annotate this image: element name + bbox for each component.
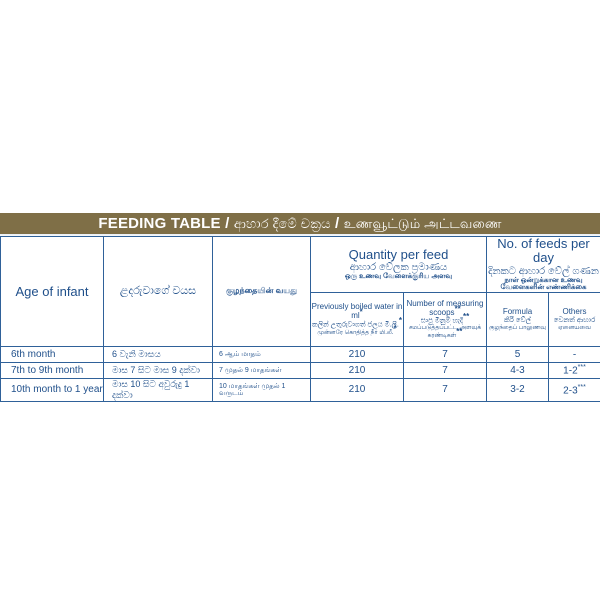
scoops-cell: 7 — [404, 378, 487, 401]
header-row: Age of infant ළදරුවාගේ වයස குழந்தையின் வ… — [1, 237, 600, 293]
scoops-mark: ** — [463, 312, 469, 321]
banner-separator: / — [335, 215, 339, 232]
water-en: Previously boiled water in ml — [312, 302, 403, 320]
others-cell: - — [549, 346, 600, 362]
water-mark: * — [360, 308, 363, 317]
feeds-si: දිනකට ආහාර වේල් ගණන — [487, 266, 600, 277]
age-si-cell: මාස 7 සිට මාස 9 දක්වා — [104, 362, 213, 378]
banner-title-en: FEEDING TABLE — [98, 215, 220, 232]
quantity-si: ආහාර වේලක ප්‍රමාණය — [311, 262, 486, 273]
age-si-cell: මාස 10 සිට අවුරුදු 1 දක්වා — [104, 378, 213, 401]
age-ta-cell: 10 மாதங்கள் முதல் 1 வருடம் — [213, 378, 311, 401]
others-en: Others — [549, 307, 600, 316]
scoops-mark: ** — [455, 304, 461, 313]
formula-ta: குழந்தைப் பாலுணவு — [487, 325, 548, 332]
quantity-en: Quantity per feed — [311, 248, 486, 262]
header-formula: Formula කිරි වේල් குழந்தைப் பாலுணவு — [487, 292, 549, 346]
table-row: 6th month 6 වැනි මාසය 6 ஆம் மாதம் 210 7 … — [1, 346, 600, 362]
banner-title-si: ආහාර දීමේ චක්‍රය — [234, 216, 331, 231]
others-value: - — [573, 350, 576, 361]
age-ta-cell: 7 முதல் 9 மாதங்கள் — [213, 362, 311, 378]
feeding-table: Age of infant ළදරුවාගේ වයස குழந்தையின் வ… — [0, 236, 600, 402]
formula-si: කිරි වේල් — [487, 317, 548, 325]
age-en-cell: 7th to 9th month — [1, 362, 104, 378]
others-si: වෙනත් ආහාර — [549, 317, 600, 325]
age-en-cell: 6th month — [1, 346, 104, 362]
formula-cell: 4-3 — [487, 362, 549, 378]
water-si: කලින් උතුරුවාගත් ජලය මි.ලී. — [312, 321, 399, 328]
water-ta: முன்னரே கொதித்த நீர் மி.லீ. — [317, 330, 393, 336]
header-feeds-per-day: No. of feeds per day දිනකට ආහාර වේල් ගණන… — [487, 237, 600, 293]
age-ta-cell: 6 ஆம் மாதம் — [213, 346, 311, 362]
others-cell: 2-3*** — [549, 378, 600, 401]
water-cell: 210 — [311, 346, 404, 362]
feeding-table-banner: FEEDING TABLE / ආහාර දීමේ චක්‍රය / உணவூட… — [0, 213, 600, 234]
others-value: 1-2 — [563, 366, 577, 377]
quantity-ta: ஒரு உணவு வேளைக்குரிய அளவு — [311, 273, 486, 281]
banner-title-ta: உணவூட்டும் அட்டவணை — [344, 216, 502, 231]
header-age-si: ළදරුවාගේ වයස — [104, 237, 213, 347]
header-scoops: Number of measuring scoops** සාපු මිනුම්… — [404, 292, 487, 346]
feeds-ta: நாள் ஒன்றுக்கான உணவு வேளைகளின் எண்ணிக்கை — [487, 277, 600, 292]
table-row: 7th to 9th month මාස 7 සිට මාස 9 දක්වා 7… — [1, 362, 600, 378]
formula-en: Formula — [487, 307, 548, 316]
header-quantity-per-feed: Quantity per feed ආහාර වේලක ප්‍රමාණය ஒரு… — [311, 237, 487, 293]
water-cell: 210 — [311, 378, 404, 401]
header-others: Others වෙනත් ආහාර ஏனையவை — [549, 292, 600, 346]
water-mark: * — [399, 316, 402, 325]
scoops-cell: 7 — [404, 346, 487, 362]
table-row: 10th month to 1 year මාස 10 සිට අවුරුදු … — [1, 378, 600, 401]
header-age-ta: குழந்தையின் வயது — [213, 237, 311, 347]
others-ta: ஏனையவை — [549, 325, 600, 332]
scoops-en: Number of measuring scoops — [407, 299, 484, 317]
age-si-cell: 6 වැනි මාසය — [104, 346, 213, 362]
water-cell: 210 — [311, 362, 404, 378]
scoops-si: සාපු මිනුම් හැදි — [421, 317, 463, 324]
others-mark: *** — [578, 364, 586, 371]
feeds-en: No. of feeds per day — [487, 237, 600, 266]
others-cell: 1-2*** — [549, 362, 600, 378]
age-en-cell: 10th month to 1 year — [1, 378, 104, 401]
banner-separator: / — [225, 215, 229, 232]
header-water: Previously boiled water in ml* කලින් උතු… — [311, 292, 404, 346]
scoops-ta: சமப்படுத்தப்பட்ட அளவுக் கரண்டிகள் — [409, 325, 481, 339]
formula-cell: 5 — [487, 346, 549, 362]
formula-cell: 3-2 — [487, 378, 549, 401]
header-age-en: Age of infant — [1, 237, 104, 347]
scoops-cell: 7 — [404, 362, 487, 378]
others-value: 2-3 — [563, 385, 577, 396]
scoops-mark: ** — [456, 327, 462, 336]
others-mark: *** — [578, 384, 586, 391]
water-mark: * — [394, 324, 397, 333]
